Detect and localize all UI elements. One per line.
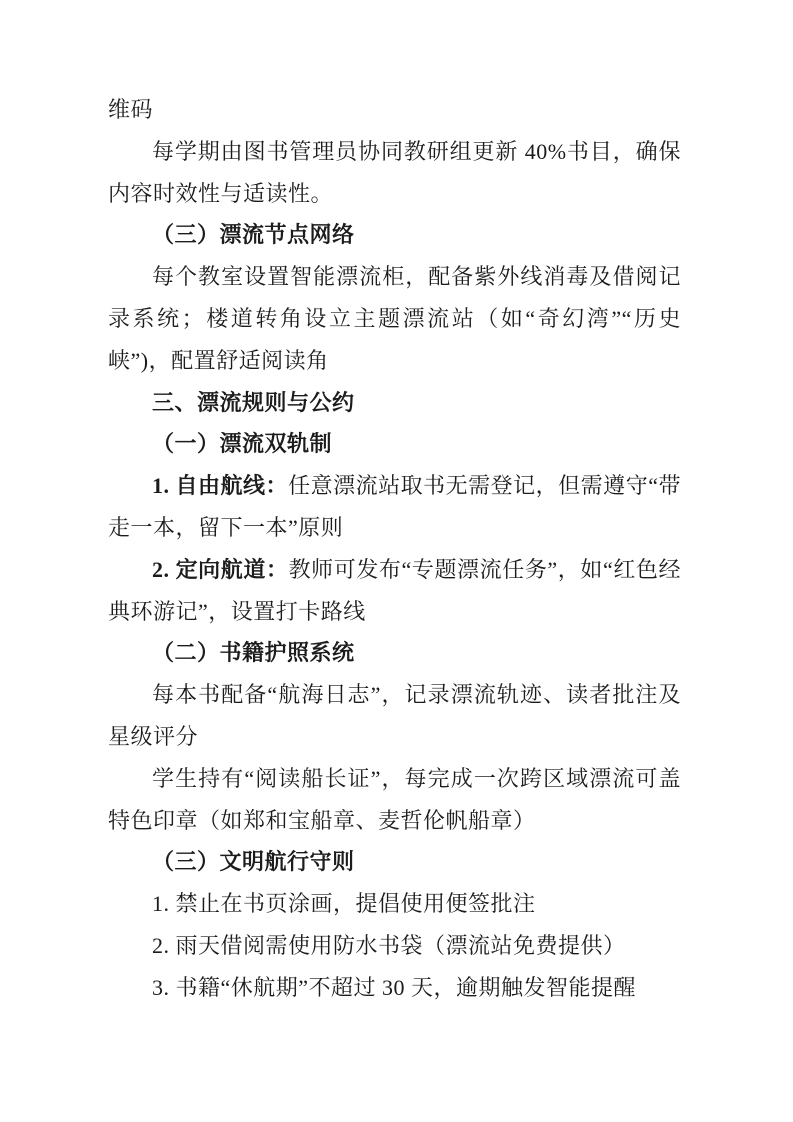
- body-paragraph: 每个教室设置智能漂流柜，配备紫外线消毒及借阅记录系统；楼道转角设立主题漂流站（如…: [108, 256, 681, 381]
- numbered-item-lead: 2. 定向航道：: [152, 557, 289, 582]
- document-page: 维码 每学期由图书管理员协同教研组更新 40%书目，确保内容时效性与适读性。 （…: [0, 0, 793, 1122]
- numbered-item: 2. 定向航道：教师可发布“专题漂流任务”，如“红色经典环游记”，设置打卡路线: [108, 549, 681, 633]
- body-paragraph: 每学期由图书管理员协同教研组更新 40%书目，确保内容时效性与适读性。: [108, 131, 681, 215]
- document-body: 维码 每学期由图书管理员协同教研组更新 40%书目，确保内容时效性与适读性。 （…: [108, 89, 681, 1009]
- numbered-item: 3. 书籍“休航期”不超过 30 天，逾期触发智能提醒: [108, 967, 681, 1009]
- continuation-line: 维码: [108, 89, 681, 131]
- numbered-item-lead: 1. 自由航线：: [152, 473, 288, 498]
- numbered-item: 2. 雨天借阅需使用防水书袋（漂流站免费提供）: [108, 925, 681, 967]
- section-heading: 三、漂流规则与公约: [108, 382, 681, 424]
- numbered-item: 1. 禁止在书页涂画，提倡使用便签批注: [108, 883, 681, 925]
- subsection-heading: （二）书籍护照系统: [108, 632, 681, 674]
- body-paragraph: 学生持有“阅读船长证”，每完成一次跨区域漂流可盖特色印章（如郑和宝船章、麦哲伦帆…: [108, 758, 681, 842]
- numbered-item: 1. 自由航线：任意漂流站取书无需登记，但需遵守“带走一本，留下一本”原则: [108, 465, 681, 549]
- body-paragraph: 每本书配备“航海日志”，记录漂流轨迹、读者批注及星级评分: [108, 674, 681, 758]
- subsection-heading: （三）文明航行守则: [108, 841, 681, 883]
- subsection-heading: （一）漂流双轨制: [108, 423, 681, 465]
- subsection-heading: （三）漂流节点网络: [108, 214, 681, 256]
